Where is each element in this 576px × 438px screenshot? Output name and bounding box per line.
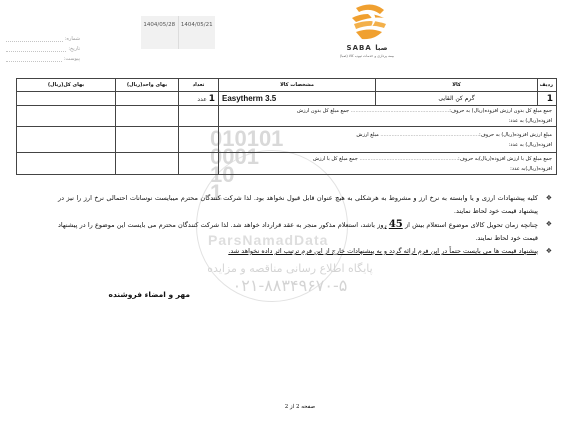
delivery-days: 45 (389, 219, 403, 230)
row-number: 1 (538, 92, 557, 106)
note-form: ❖ پیشنهاد قیمت ها می بایست حتماً در این … (58, 245, 552, 258)
sum-excl-vat-total[interactable] (17, 106, 116, 127)
vat-total[interactable] (17, 127, 116, 153)
col-row-no: ردیف (538, 79, 557, 92)
sum-incl-vat-unit[interactable] (116, 153, 179, 175)
bullet-icon: ❖ (546, 218, 552, 231)
total-price-input[interactable] (17, 92, 116, 106)
page-number: صفحه 2 از 2 (270, 404, 330, 410)
company-logo: SABA صبا بیمه پردازی و خدمات تیوب کالا (… (312, 2, 422, 64)
watermark-caption: پایگاه اطلاع رسانی مناقصه و مزایده (190, 262, 390, 275)
letter-meta: شماره: تاریخ: پیوست: (6, 34, 80, 64)
col-qty: تعداد (179, 79, 219, 92)
summary-row-vat: مبلغ ارزش افزوده(ریال) به حروف:.........… (17, 127, 557, 153)
summary-row-total-excl-vat: جمع مبلغ کل بدون ارزش افزوده(ریال) به حر… (17, 106, 557, 127)
saba-logo-icon (312, 2, 422, 44)
meta-number: شماره: (6, 34, 80, 42)
meta-date: تاریخ: (6, 44, 80, 52)
table-header-row: ردیف کالا مشخصات کالا تعداد بهای واحد(ری… (17, 79, 557, 92)
seller-signature-label: مهر و امضاء فروشنده (70, 290, 190, 299)
unit-price-input[interactable] (116, 92, 179, 106)
logo-tagline: بیمه پردازی و خدمات تیوب کالا (صبا) (312, 54, 422, 58)
col-spec: مشخصات کالا (219, 79, 376, 92)
col-item: کالا (376, 79, 538, 92)
col-total-price: بهای کل(ریال) (17, 79, 116, 92)
deadline-date: 1404/05/28 (141, 16, 178, 49)
note-currency: ❖ کلیه پیشنهادات ارزی و یا وابسته به نرخ… (58, 192, 552, 218)
logo-brand: SABA صبا (312, 44, 422, 52)
watermark-phone: ۰۲۱-۸۸۳۴۹۶۷۰-۵ (190, 276, 390, 295)
item-qty: 1 عدد (179, 92, 219, 106)
issue-date: 1404/05/21 (178, 16, 216, 49)
table-row: 1 گرم کن القایی Easytherm 3.5 1 عدد (17, 92, 557, 106)
col-unit-price: بهای واحد(ریال) (116, 79, 179, 92)
dates-box: 1404/05/28 1404/05/21 (141, 16, 215, 49)
sum-excl-vat-unit[interactable] (116, 106, 179, 127)
bullet-icon: ❖ (546, 192, 552, 205)
item-name: گرم کن القایی (376, 92, 538, 106)
item-spec: Easytherm 3.5 (219, 92, 376, 106)
vat-unit[interactable] (116, 127, 179, 153)
bullet-icon: ❖ (546, 245, 552, 258)
quote-table: ردیف کالا مشخصات کالا تعداد بهای واحد(ری… (16, 78, 557, 175)
meta-attachment: پیوست: (6, 54, 80, 62)
sum-incl-vat-total[interactable] (17, 153, 116, 175)
terms-notes: ❖ کلیه پیشنهادات ارزی و یا وابسته به نرخ… (58, 192, 552, 258)
note-delivery: ❖ چنانچه زمان تحویل کالای موضوع استعلام … (58, 218, 552, 245)
summary-row-total-incl-vat: جمع مبلغ کل با ارزش افزوده(ریال)به حروف:… (17, 153, 557, 175)
